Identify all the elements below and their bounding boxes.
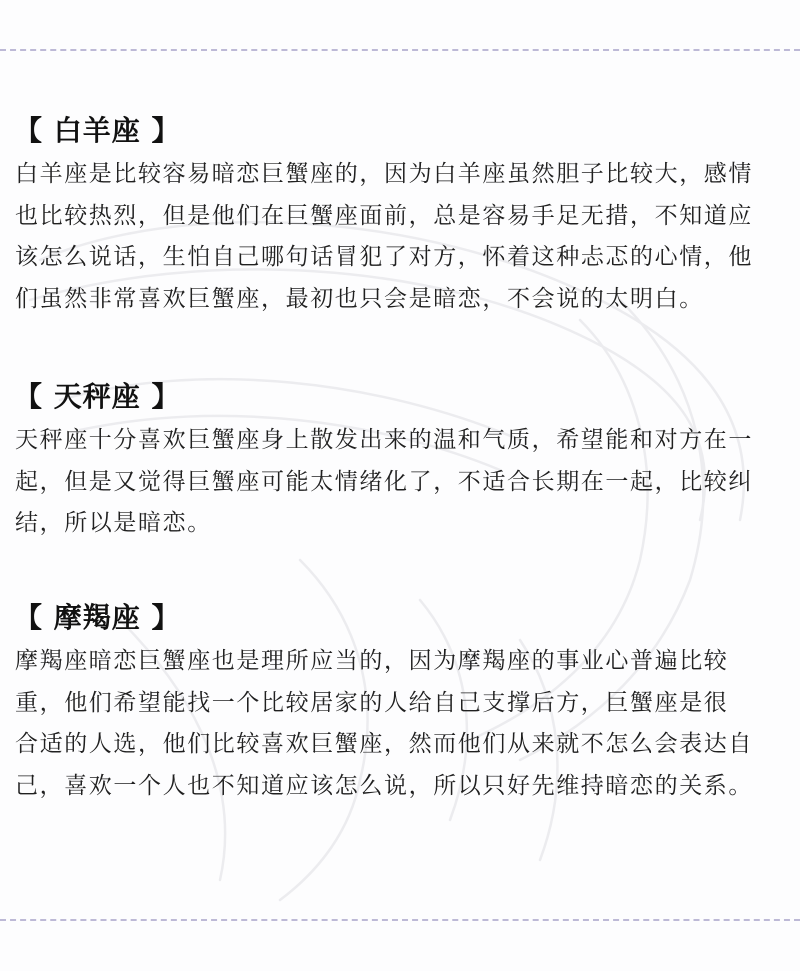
body-line: 天秤座十分喜欢巨蟹座身上散发出来的温和气质，希望能和对方在一 bbox=[15, 420, 790, 462]
body-line: 该怎么说话，生怕自己哪句话冒犯了对方，怀着这种忐忑的心情，他 bbox=[15, 237, 790, 279]
section-body-aries: 白羊座是比较容易暗恋巨蟹座的，因为白羊座虽然胆子比较大，感情 也比较热烈，但是他… bbox=[15, 154, 790, 320]
body-line: 们虽然非常喜欢巨蟹座，最初也只会是暗恋，不会说的太明白。 bbox=[15, 279, 790, 321]
section-heading-capricorn: 【 摩羯座 】 bbox=[14, 601, 181, 635]
section-heading-libra: 【 天秤座 】 bbox=[14, 380, 181, 414]
section-heading-aries: 【 白羊座 】 bbox=[14, 114, 181, 148]
body-line: 己，喜欢一个人也不知道应该怎么说，所以只好先维持暗恋的关系。 bbox=[15, 766, 790, 808]
top-dashed-divider bbox=[0, 49, 800, 51]
body-line: 起，但是又觉得巨蟹座可能太情绪化了，不适合长期在一起，比较纠 bbox=[15, 462, 790, 504]
section-body-libra: 天秤座十分喜欢巨蟹座身上散发出来的温和气质，希望能和对方在一 起，但是又觉得巨蟹… bbox=[15, 420, 790, 545]
body-line: 也比较热烈，但是他们在巨蟹座面前，总是容易手足无措，不知道应 bbox=[15, 196, 790, 238]
body-line: 合适的人选，他们比较喜欢巨蟹座，然而他们从来就不怎么会表达自 bbox=[15, 724, 790, 766]
body-line: 摩羯座暗恋巨蟹座也是理所应当的，因为摩羯座的事业心普遍比较 bbox=[15, 641, 790, 683]
section-body-capricorn: 摩羯座暗恋巨蟹座也是理所应当的，因为摩羯座的事业心普遍比较 重，他们希望能找一个… bbox=[15, 641, 790, 807]
body-line: 重，他们希望能找一个比较居家的人给自己支撑后方，巨蟹座是很 bbox=[15, 683, 790, 725]
bottom-dashed-divider bbox=[0, 919, 800, 921]
body-line: 白羊座是比较容易暗恋巨蟹座的，因为白羊座虽然胆子比较大，感情 bbox=[15, 154, 790, 196]
body-line: 结，所以是暗恋。 bbox=[15, 503, 790, 545]
